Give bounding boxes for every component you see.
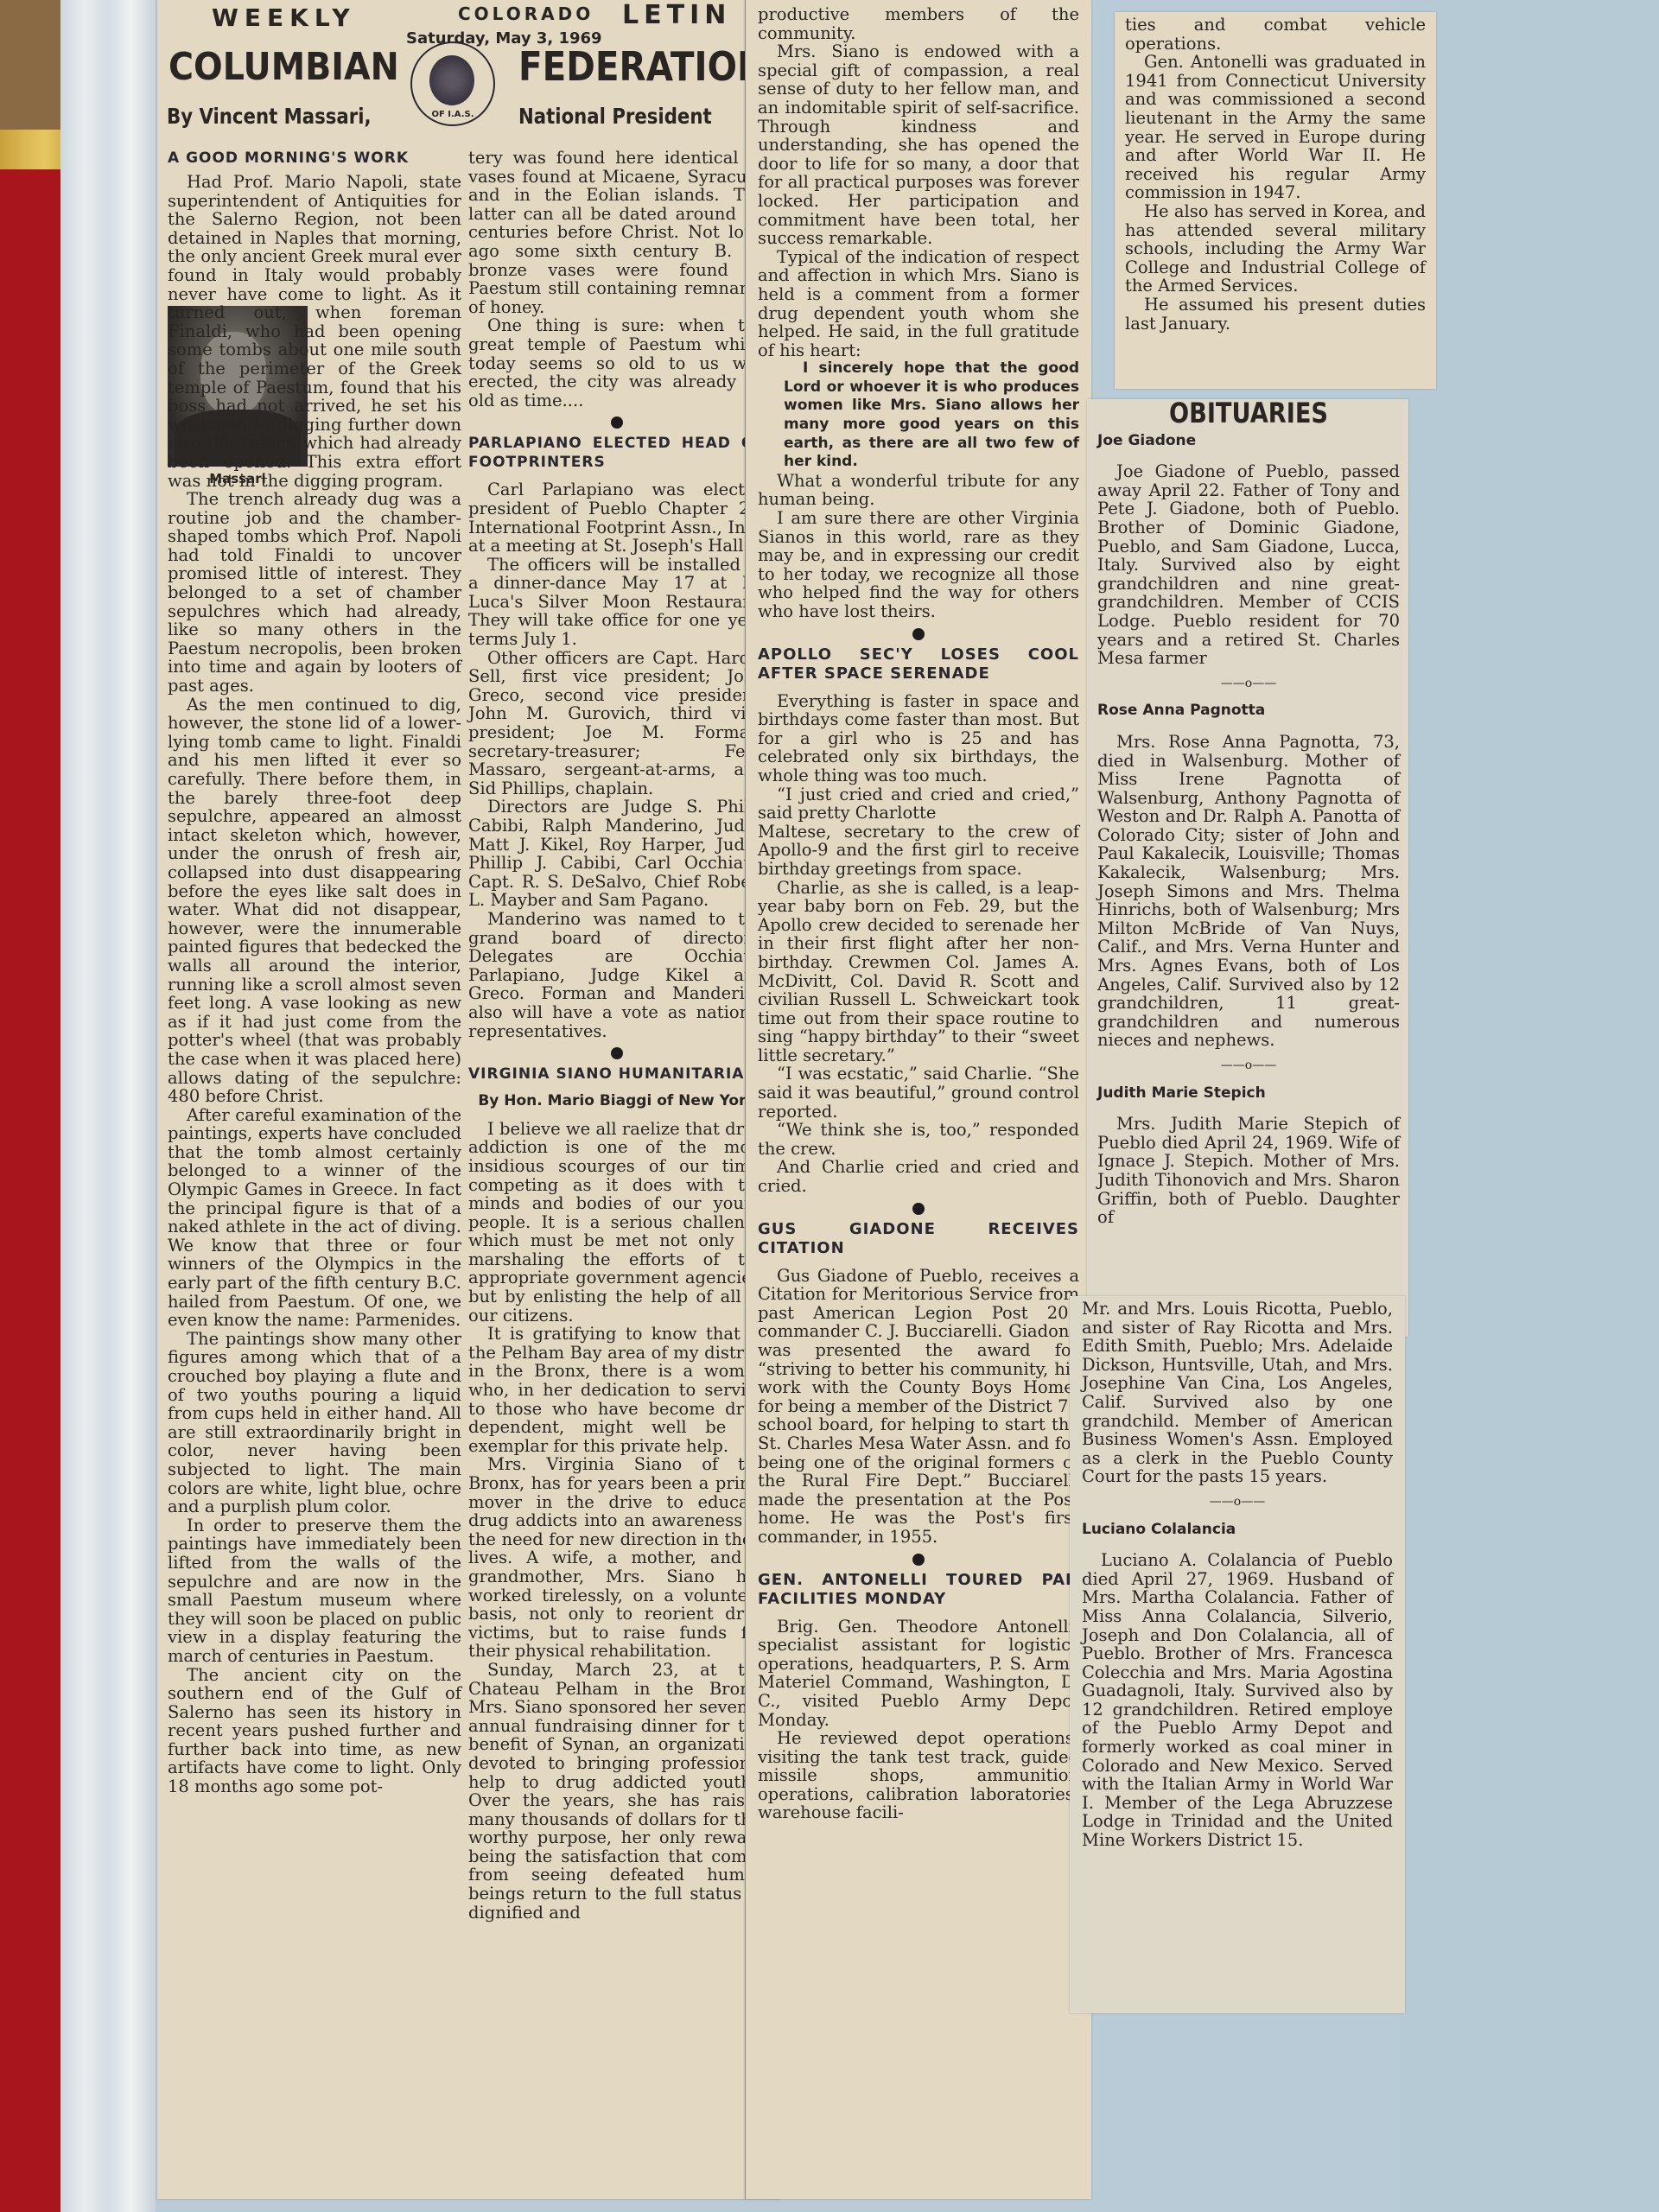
paragraph: “I just cried and cried and cried,” said… bbox=[758, 785, 1079, 823]
paragraph: In order to preserve them the paintings … bbox=[168, 1516, 461, 1666]
paragraph: The paintings show many other figures am… bbox=[168, 1330, 461, 1516]
paragraph: He reviewed depot operations, visiting t… bbox=[758, 1729, 1079, 1822]
column-3: productive members of the community. Mrs… bbox=[758, 5, 1079, 1822]
masthead-colorado: COLORADO bbox=[458, 3, 594, 24]
masthead-columbian: COLUMBIAN bbox=[168, 45, 399, 89]
paragraph: Directors are Judge S. Philip Cabibi, Ra… bbox=[468, 798, 766, 910]
clipping-column-1: WEEKLY COLORADO LETIN Saturday, May 3, 1… bbox=[157, 0, 779, 2199]
federation-seal-icon: OF I.A.S. bbox=[410, 41, 495, 126]
obituary-text: Mrs. Rose Anna Pagnotta, 73, died in Wal… bbox=[1097, 733, 1400, 1050]
seal-statue-icon bbox=[429, 55, 474, 105]
paragraph: ties and combat vehicle operations. bbox=[1125, 16, 1426, 53]
paragraph: Sunday, March 23, at the Chateau Pelham … bbox=[468, 1661, 766, 1922]
obituary-divider: ——o—— bbox=[1097, 675, 1400, 694]
paragraph: Typical of the indication of respect and… bbox=[758, 248, 1079, 360]
obituary-text: Mrs. Judith Marie Stepich of Pueblo died… bbox=[1097, 1115, 1400, 1227]
paragraph: Gus Giadone of Pueblo, receives a Citati… bbox=[758, 1267, 1079, 1547]
paragraph: After careful examination of the paintin… bbox=[168, 1106, 461, 1330]
paragraph: Charlie, as she is called, is a leap-yea… bbox=[758, 879, 1079, 1065]
bullet-separator-icon bbox=[611, 416, 623, 429]
obituary-divider: ——o—— bbox=[1082, 1493, 1393, 1512]
obituary-text: Luciano A. Colalancia of Pueblo died Apr… bbox=[1082, 1551, 1393, 1850]
bullet-separator-icon bbox=[611, 1047, 623, 1059]
paragraph: productive members of the community. bbox=[758, 5, 1079, 42]
headline: VIRGINIA SIANO HUMANITARIAN bbox=[468, 1065, 766, 1084]
paragraph: Everything is faster in space and birthd… bbox=[758, 692, 1079, 785]
headline: GEN. ANTONELLI TOURED PAD FACILITIES MON… bbox=[758, 1571, 1079, 1609]
article-good-mornings-work-body: Had Prof. Mario Napoli, state superinten… bbox=[168, 173, 461, 1796]
quote: I sincerely hope that the good Lord or w… bbox=[758, 359, 1079, 472]
headline: APOLLO SEC'Y LOSES COOL AFTER SPACE SERE… bbox=[758, 645, 1079, 683]
paragraph: Maltese, secretary to the crew of Apollo… bbox=[758, 823, 1079, 879]
masthead: WEEKLY COLORADO LETIN Saturday, May 3, 1… bbox=[164, 0, 769, 147]
article-byline: By Hon. Mario Biaggi of New York bbox=[468, 1092, 766, 1111]
paragraph: I believe we all raelize that drug addic… bbox=[468, 1120, 766, 1325]
masthead-weekly: WEEKLY bbox=[212, 3, 356, 32]
paragraph: Mrs. Siano is endowed with a special gif… bbox=[758, 42, 1079, 248]
paragraph: Had Prof. Mario Napoli, state superinten… bbox=[168, 173, 461, 490]
obituary-name: Judith Marie Stepich bbox=[1097, 1084, 1400, 1103]
bullet-separator-icon bbox=[912, 1554, 925, 1566]
headline: GUS GIADONE RECEIVES CITATION bbox=[758, 1220, 1079, 1258]
paragraph: Manderino was named to the grand board o… bbox=[468, 910, 766, 1040]
paragraph: The ancient city on the southern end of … bbox=[168, 1666, 461, 1796]
column-4-top: ties and combat vehicle operations. Gen.… bbox=[1125, 16, 1426, 333]
headline: PARLAPIANO ELECTED HEAD OF FOOTPRINTERS bbox=[468, 434, 766, 472]
masthead-federation: FEDERATION bbox=[518, 43, 766, 90]
column-2: tery was found here identical to vases f… bbox=[468, 149, 766, 1922]
paragraph: He assumed his present duties last Janua… bbox=[1125, 296, 1426, 333]
paragraph: The trench already dug was a routine job… bbox=[168, 490, 461, 696]
paragraph: Mrs. Virginia Siano of the Bronx, has fo… bbox=[468, 1455, 766, 1661]
masthead-byline: By Vincent Massari, bbox=[167, 104, 372, 129]
paragraph: “We think she is, too,” responded the cr… bbox=[758, 1121, 1079, 1158]
paragraph: “I was ecstatic,” said Charlie. “She sai… bbox=[758, 1065, 1079, 1121]
paragraph: One thing is sure: when the great temple… bbox=[468, 316, 766, 410]
obituary-divider: ——o—— bbox=[1097, 1057, 1400, 1076]
paragraph: It is gratifying to know that in the Pel… bbox=[468, 1325, 766, 1455]
paragraph: Gen. Antonelli was graduated in 1941 fro… bbox=[1125, 53, 1426, 202]
paragraph: Other officers are Capt. Harold Sell, fi… bbox=[468, 649, 766, 798]
obituary-name: Luciano Colalancia bbox=[1082, 1521, 1393, 1540]
obituary-name: Joe Giadone bbox=[1097, 432, 1400, 451]
clipping-obituaries-continued: Mr. and Mrs. Louis Ricotta, Pueblo, and … bbox=[1070, 1296, 1405, 2013]
clipping-antonelli-continued: ties and combat vehicle operations. Gen.… bbox=[1115, 12, 1436, 389]
obituary-text: Joe Giadone of Pueblo, passed away April… bbox=[1097, 462, 1400, 668]
headline: A GOOD MORNING'S WORK bbox=[168, 149, 461, 168]
paragraph: As the men continued to dig, however, th… bbox=[168, 696, 461, 1106]
bullet-separator-icon bbox=[912, 1203, 925, 1215]
obituaries-column-continued: Mr. and Mrs. Louis Ricotta, Pueblo, and … bbox=[1082, 1300, 1393, 1850]
scrapbook-page-background bbox=[1400, 0, 1659, 2212]
bullet-separator-icon bbox=[912, 628, 925, 640]
masthead-bulletin: LETIN bbox=[622, 0, 731, 30]
paragraph: Carl Parlapiano was elected president of… bbox=[468, 480, 766, 555]
obituary-name: Rose Anna Pagnotta bbox=[1097, 702, 1400, 721]
paragraph: What a wonderful tribute for any human b… bbox=[758, 472, 1079, 509]
paragraph: And Charlie cried and cried and cried. bbox=[758, 1158, 1079, 1195]
clipping-obituaries: OBITUARIES Joe Giadone Joe Giadone of Pu… bbox=[1087, 399, 1408, 1337]
obituary-text: Mr. and Mrs. Louis Ricotta, Pueblo, and … bbox=[1082, 1300, 1393, 1486]
paragraph: tery was found here identical to vases f… bbox=[468, 149, 766, 316]
paragraph: The officers will be installed at a dinn… bbox=[468, 556, 766, 649]
paragraph: Brig. Gen. Theodore Antonelli, specialis… bbox=[758, 1618, 1079, 1730]
obituaries-column: OBITUARIES Joe Giadone Joe Giadone of Pu… bbox=[1097, 399, 1400, 1227]
album-page-edges bbox=[60, 0, 156, 2212]
obituaries-heading: OBITUARIES bbox=[1120, 404, 1377, 423]
paragraph: He also has served in Korea, and has att… bbox=[1125, 202, 1426, 296]
clipping-column-3: productive members of the community. Mrs… bbox=[745, 0, 1091, 2199]
seal-text: OF I.A.S. bbox=[412, 110, 493, 119]
paragraph: I am sure there are other Virginia Siano… bbox=[758, 509, 1079, 621]
masthead-byline-title: National President bbox=[518, 104, 712, 129]
